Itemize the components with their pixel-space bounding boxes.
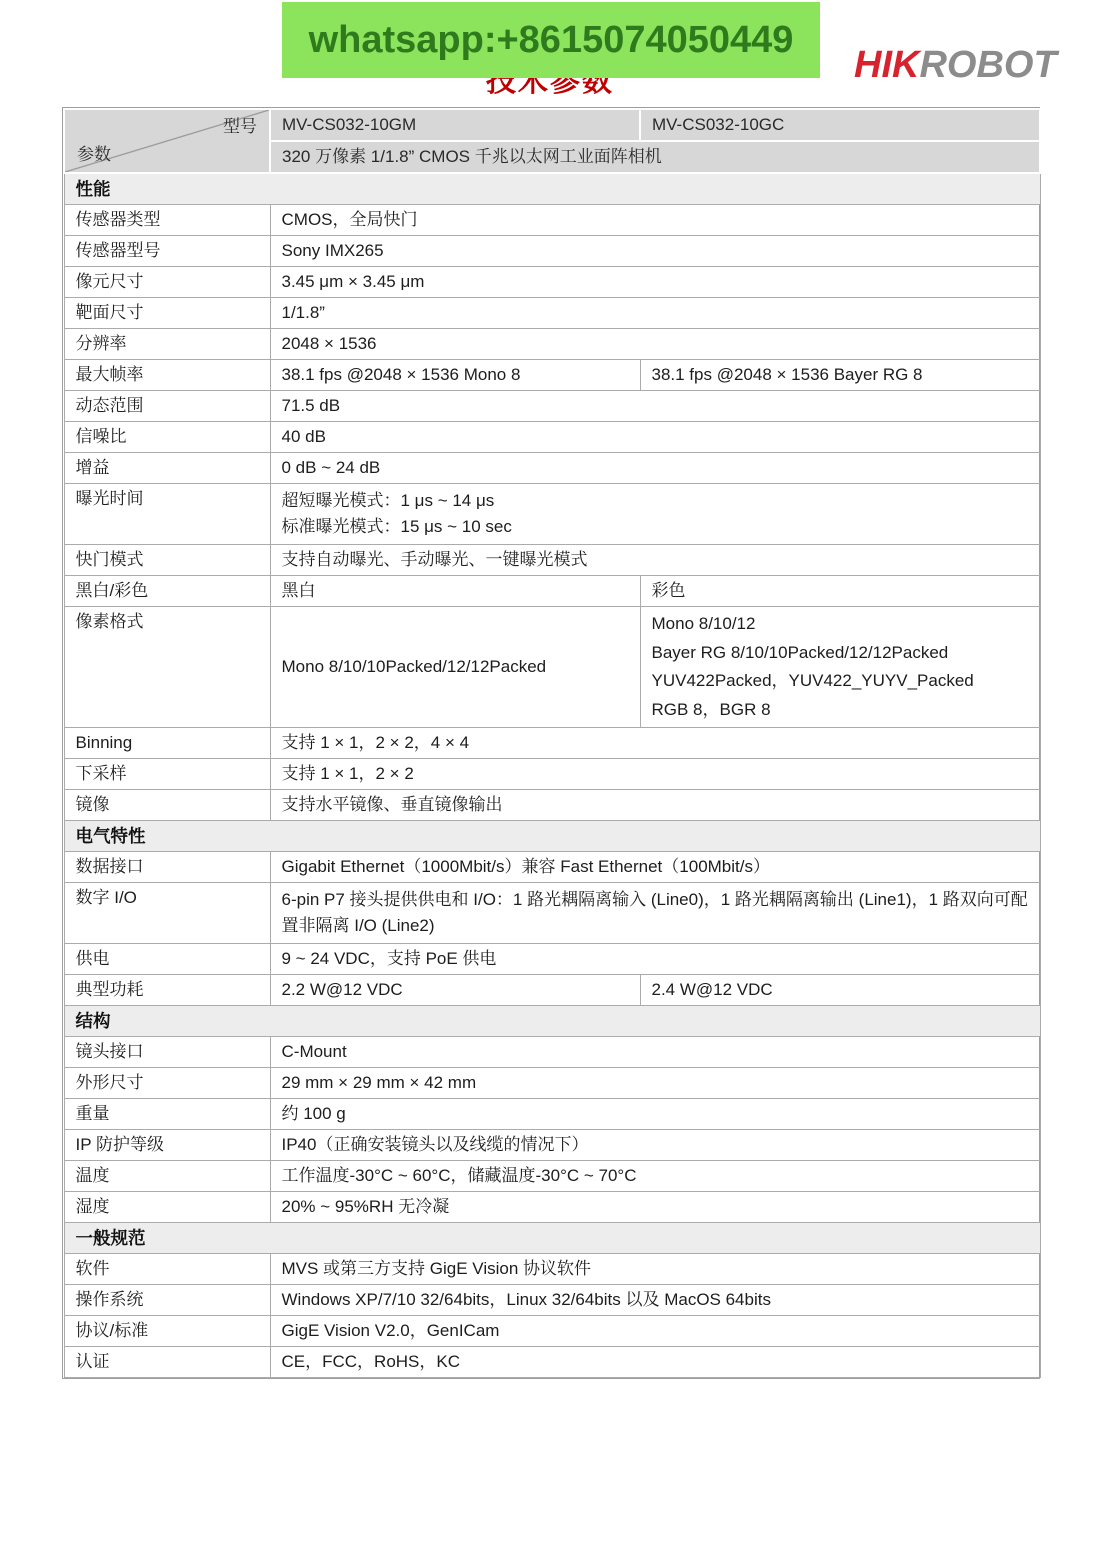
section-header: 性能 <box>64 173 1040 205</box>
spec-label: 镜像 <box>64 790 270 821</box>
spec-value: 支持自动曝光、手动曝光、一键曝光模式 <box>270 545 1040 576</box>
header-model-gm: MV-CS032-10GM <box>270 109 640 141</box>
spec-value-gm: 黑白 <box>270 576 640 607</box>
spec-label: 软件 <box>64 1254 270 1285</box>
table-row: 供电9 ~ 24 VDC，支持 PoE 供电 <box>64 944 1040 975</box>
spec-label: 靶面尺寸 <box>64 298 270 329</box>
section-header: 一般规范 <box>64 1223 1040 1254</box>
spec-value: 工作温度-30°C ~ 60°C，储藏温度-30°C ~ 70°C <box>270 1161 1040 1192</box>
table-row: 协议/标准GigE Vision V2.0，GenICam <box>64 1316 1040 1347</box>
spec-label: 曝光时间 <box>64 484 270 545</box>
table-row: 软件MVS 或第三方支持 GigE Vision 协议软件 <box>64 1254 1040 1285</box>
spec-value: 29 mm × 29 mm × 42 mm <box>270 1068 1040 1099</box>
spec-value: 支持水平镜像、垂直镜像输出 <box>270 790 1040 821</box>
spec-label: 外形尺寸 <box>64 1068 270 1099</box>
spec-value: 支持 1 × 1，2 × 2 <box>270 759 1040 790</box>
table-row: Binning支持 1 × 1，2 × 2，4 × 4 <box>64 728 1040 759</box>
spec-label: 动态范围 <box>64 391 270 422</box>
table-row: 靶面尺寸1/1.8” <box>64 298 1040 329</box>
table-row: 外形尺寸29 mm × 29 mm × 42 mm <box>64 1068 1040 1099</box>
table-row: 最大帧率38.1 fps @2048 × 1536 Mono 838.1 fps… <box>64 360 1040 391</box>
spec-value: 9 ~ 24 VDC，支持 PoE 供电 <box>270 944 1040 975</box>
spec-label: 操作系统 <box>64 1285 270 1316</box>
header-corner-cell: 型号 参数 <box>64 109 270 173</box>
whatsapp-banner-text: whatsapp:+8615074050449 <box>309 19 794 62</box>
spec-label: 镜头接口 <box>64 1037 270 1068</box>
spec-table: 型号 参数 MV-CS032-10GM MV-CS032-10GC 320 万像… <box>63 108 1041 1378</box>
spec-label: 温度 <box>64 1161 270 1192</box>
spec-value: MVS 或第三方支持 GigE Vision 协议软件 <box>270 1254 1040 1285</box>
spec-label: IP 防护等级 <box>64 1130 270 1161</box>
section-header: 电气特性 <box>64 821 1040 852</box>
exposure-line-standard: 标准曝光模式：15 μs ~ 10 sec <box>282 514 1029 540</box>
table-row: 快门模式支持自动曝光、手动曝光、一键曝光模式 <box>64 545 1040 576</box>
table-row: 数据接口Gigabit Ethernet（1000Mbit/s）兼容 Fast … <box>64 852 1040 883</box>
spec-value: 6-pin P7 接头提供供电和 I/O：1 路光耦隔离输入 (Line0)，1… <box>270 883 1040 944</box>
spec-value: 2048 × 1536 <box>270 329 1040 360</box>
table-row: 典型功耗2.2 W@12 VDC2.4 W@12 VDC <box>64 975 1040 1006</box>
table-row: 黑白/彩色黑白彩色 <box>64 576 1040 607</box>
spec-label: 增益 <box>64 453 270 484</box>
section-row-general: 一般规范 <box>64 1223 1040 1254</box>
spec-label: 下采样 <box>64 759 270 790</box>
spec-label: 协议/标准 <box>64 1316 270 1347</box>
spec-value: 0 dB ~ 24 dB <box>270 453 1040 484</box>
whatsapp-banner: whatsapp:+8615074050449 <box>282 2 820 78</box>
spec-value: 支持 1 × 1，2 × 2，4 × 4 <box>270 728 1040 759</box>
spec-label: 分辨率 <box>64 329 270 360</box>
table-row: 信噪比40 dB <box>64 422 1040 453</box>
spec-label: 最大帧率 <box>64 360 270 391</box>
table-row: 镜像支持水平镜像、垂直镜像输出 <box>64 790 1040 821</box>
logo-robot: ROBOT <box>919 44 1056 86</box>
spec-value-gm: Mono 8/10/10Packed/12/12Packed <box>270 607 640 728</box>
spec-value: 1/1.8” <box>270 298 1040 329</box>
spec-value-gc: 彩色 <box>640 576 1040 607</box>
spec-value-gc-multiline: Mono 8/10/12 Bayer RG 8/10/10Packed/12/1… <box>640 607 1040 728</box>
spec-label: Binning <box>64 728 270 759</box>
spec-value: C-Mount <box>270 1037 1040 1068</box>
header-description: 320 万像素 1/1.8” CMOS 千兆以太网工业面阵相机 <box>270 141 1040 173</box>
table-row: 认证CE，FCC，RoHS，KC <box>64 1347 1040 1378</box>
spec-label: 典型功耗 <box>64 975 270 1006</box>
table-row: 分辨率2048 × 1536 <box>64 329 1040 360</box>
spec-label: 认证 <box>64 1347 270 1378</box>
spec-table-wrapper: 型号 参数 MV-CS032-10GM MV-CS032-10GC 320 万像… <box>62 107 1040 1379</box>
hikrobot-logo: HIKROBOT <box>854 44 1057 87</box>
section-row-electrical: 电气特性 <box>64 821 1040 852</box>
spec-value: 约 100 g <box>270 1099 1040 1130</box>
table-row-digital-io: 数字 I/O 6-pin P7 接头提供供电和 I/O：1 路光耦隔离输入 (L… <box>64 883 1040 944</box>
spec-label: 湿度 <box>64 1192 270 1223</box>
spec-value: Windows XP/7/10 32/64bits，Linux 32/64bit… <box>270 1285 1040 1316</box>
spec-label: 像素格式 <box>64 607 270 728</box>
table-row: 传感器型号Sony IMX265 <box>64 236 1040 267</box>
table-row: 下采样支持 1 × 1，2 × 2 <box>64 759 1040 790</box>
section-row-structure: 结构 <box>64 1006 1040 1037</box>
pixel-format-line: RGB 8，BGR 8 <box>652 696 1029 725</box>
table-row: 湿度20% ~ 95%RH 无冷凝 <box>64 1192 1040 1223</box>
pixel-format-line: YUV422Packed，YUV422_YUYV_Packed <box>652 667 1029 696</box>
spec-value: 71.5 dB <box>270 391 1040 422</box>
section-row-performance: 性能 <box>64 173 1040 205</box>
spec-value: CMOS，全局快门 <box>270 205 1040 236</box>
spec-value-gm: 2.2 W@12 VDC <box>270 975 640 1006</box>
spec-value: 40 dB <box>270 422 1040 453</box>
spec-label: 重量 <box>64 1099 270 1130</box>
header-corner-param-label: 参数 <box>77 144 111 166</box>
header-corner-model-label: 型号 <box>223 116 257 138</box>
spec-label: 快门模式 <box>64 545 270 576</box>
spec-label: 像元尺寸 <box>64 267 270 298</box>
table-row: IP 防护等级IP40（正确安装镜头以及线缆的情况下） <box>64 1130 1040 1161</box>
table-row: 传感器类型CMOS，全局快门 <box>64 205 1040 236</box>
spec-value: 3.45 μm × 3.45 μm <box>270 267 1040 298</box>
exposure-line-ultrashort: 超短曝光模式：1 μs ~ 14 μs <box>282 488 1029 514</box>
spec-label: 信噪比 <box>64 422 270 453</box>
spec-label: 数字 I/O <box>64 883 270 944</box>
table-row: 动态范围71.5 dB <box>64 391 1040 422</box>
table-row: 温度工作温度-30°C ~ 60°C，储藏温度-30°C ~ 70°C <box>64 1161 1040 1192</box>
header-model-gc: MV-CS032-10GC <box>640 109 1040 141</box>
spec-value-multiline: 超短曝光模式：1 μs ~ 14 μs 标准曝光模式：15 μs ~ 10 se… <box>270 484 1040 545</box>
spec-value: GigE Vision V2.0，GenICam <box>270 1316 1040 1347</box>
spec-label: 传感器型号 <box>64 236 270 267</box>
table-row-exposure: 曝光时间 超短曝光模式：1 μs ~ 14 μs 标准曝光模式：15 μs ~ … <box>64 484 1040 545</box>
table-row: 操作系统Windows XP/7/10 32/64bits，Linux 32/6… <box>64 1285 1040 1316</box>
logo-hik: HIK <box>854 44 919 86</box>
spec-value-gm: 38.1 fps @2048 × 1536 Mono 8 <box>270 360 640 391</box>
table-row: 增益0 dB ~ 24 dB <box>64 453 1040 484</box>
spec-value-gc: 2.4 W@12 VDC <box>640 975 1040 1006</box>
spec-value: 20% ~ 95%RH 无冷凝 <box>270 1192 1040 1223</box>
spec-label: 数据接口 <box>64 852 270 883</box>
spec-value: CE，FCC，RoHS，KC <box>270 1347 1040 1378</box>
spec-value: Sony IMX265 <box>270 236 1040 267</box>
pixel-format-line: Bayer RG 8/10/10Packed/12/12Packed <box>652 639 1029 668</box>
pixel-format-line: Mono 8/10/12 <box>652 610 1029 639</box>
spec-label: 黑白/彩色 <box>64 576 270 607</box>
spec-value: Gigabit Ethernet（1000Mbit/s）兼容 Fast Ethe… <box>270 852 1040 883</box>
spec-label: 传感器类型 <box>64 205 270 236</box>
spec-value: IP40（正确安装镜头以及线缆的情况下） <box>270 1130 1040 1161</box>
table-row: 像元尺寸3.45 μm × 3.45 μm <box>64 267 1040 298</box>
spec-label: 供电 <box>64 944 270 975</box>
table-row-pixel-format: 像素格式 Mono 8/10/10Packed/12/12Packed Mono… <box>64 607 1040 728</box>
section-header: 结构 <box>64 1006 1040 1037</box>
header-model-row: 型号 参数 MV-CS032-10GM MV-CS032-10GC <box>64 109 1040 141</box>
table-row: 重量约 100 g <box>64 1099 1040 1130</box>
spec-value-gc: 38.1 fps @2048 × 1536 Bayer RG 8 <box>640 360 1040 391</box>
table-row: 镜头接口C-Mount <box>64 1037 1040 1068</box>
